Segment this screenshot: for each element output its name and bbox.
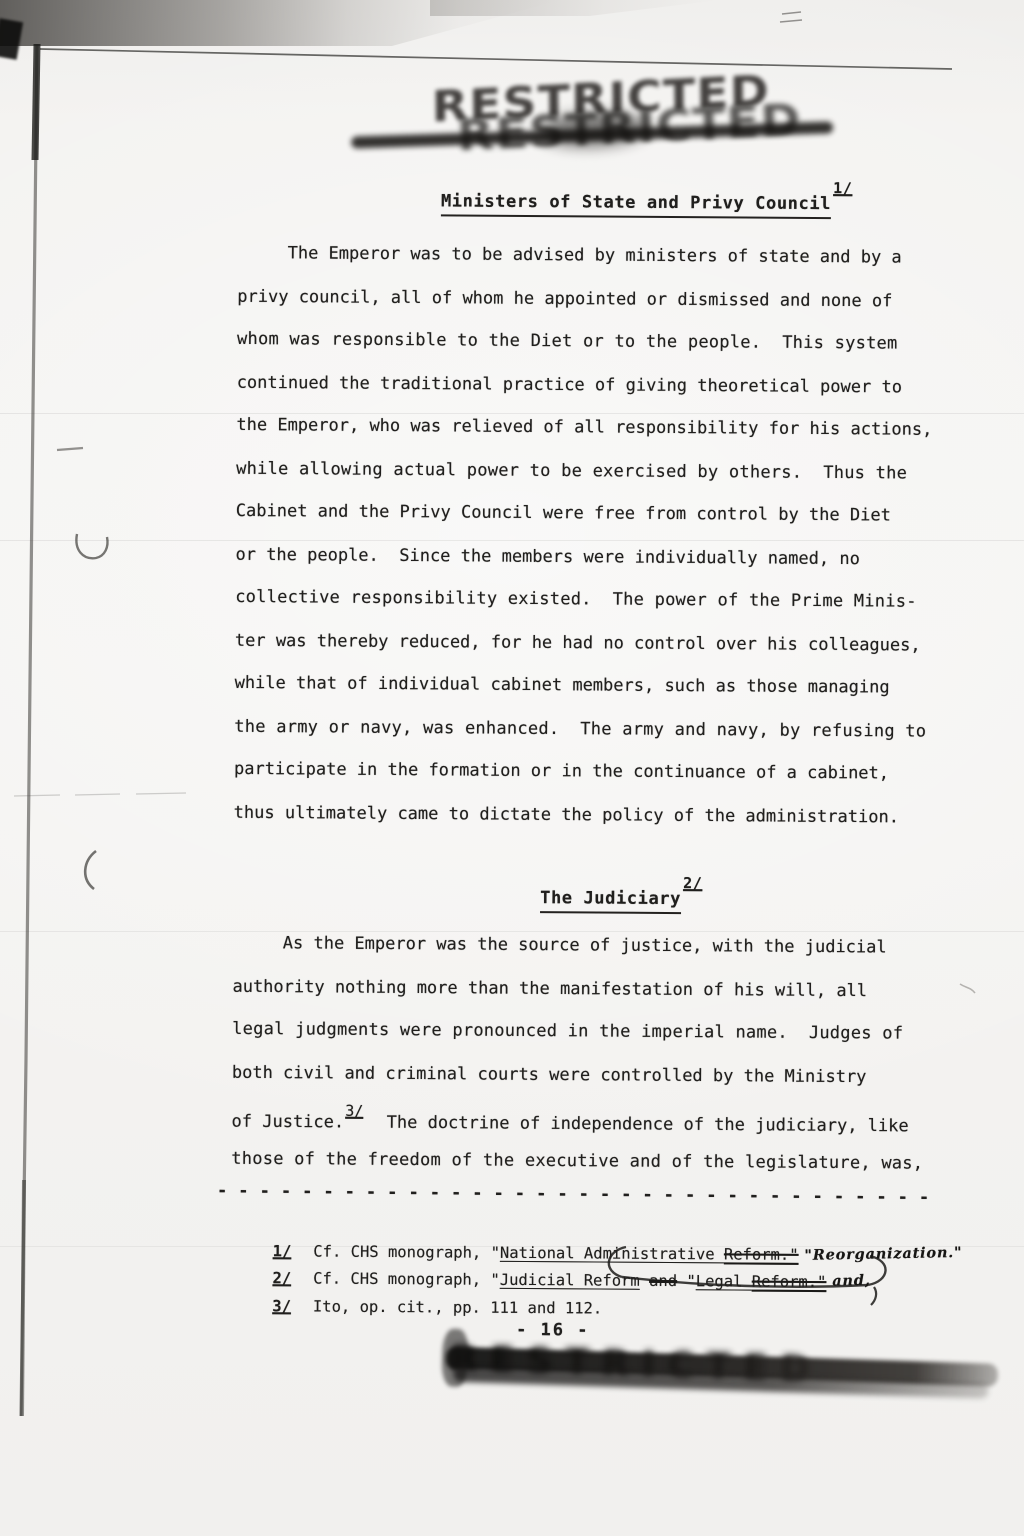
- body-line: the Emperor, who was relieved of all res…: [236, 412, 932, 460]
- body-line: of Justice.3/ The doctrine of independen…: [231, 1102, 923, 1150]
- body-line: privy council, all of whom he appointed …: [237, 284, 933, 332]
- body-line: while allowing actual power to be exerci…: [236, 456, 932, 504]
- body-line: ter was thereby reduced, for he had no c…: [235, 628, 931, 676]
- body-line: or the people. Since the members were in…: [235, 542, 931, 590]
- body-line: participate in the formation or in the c…: [234, 756, 930, 804]
- footnote-segment: Ito, op. cit., pp. 111 and 112.: [313, 1298, 602, 1318]
- body-line: collective responsibility existed. The p…: [235, 584, 931, 632]
- body-line: Cabinet and the Privy Council were free …: [236, 498, 932, 546]
- stamp-ink-nub: [441, 1328, 469, 1387]
- footnote-marker: 3/: [272, 1297, 291, 1315]
- section-heading-text: The Judiciary: [540, 888, 681, 914]
- footnote-segment: Reform.": [752, 1273, 827, 1292]
- footnote-segment: and: [649, 1272, 677, 1290]
- body-line: legal judgments were pronounced in the i…: [232, 1016, 924, 1064]
- section-heading-text: Ministers of State and Privy Council: [441, 191, 831, 219]
- body-line: whom was responsible to the Diet or to t…: [237, 326, 933, 374]
- footnote-ref-2: 2/: [683, 874, 702, 892]
- footnote-segment: ": [677, 1272, 696, 1290]
- restricted-stamp-top: RESTRICTED RESTRICTED: [426, 64, 775, 181]
- restricted-stamp-bottom: RESTRICTED: [447, 1325, 1015, 1417]
- footnote-segment: Legal: [696, 1272, 752, 1290]
- section-heading-judiciary: The Judiciary2/: [475, 868, 703, 930]
- paragraph-judiciary: As the Emperor was the source of justice…: [231, 930, 925, 1193]
- section-heading-ministers: Ministers of State and Privy Council1/: [376, 171, 853, 234]
- footnote-text: Ito, op. cit., pp. 111 and 112.: [313, 1298, 602, 1318]
- body-line: As the Emperor was the source of justice…: [233, 930, 925, 978]
- body-line: while that of individual cabinet members…: [234, 670, 930, 718]
- scanned-document-page: RESTRICTED RESTRICTED Ministers of State…: [0, 0, 1024, 1536]
- footnote-ref-1: 1/: [833, 179, 852, 197]
- body-line: authority nothing more than the manifest…: [232, 974, 924, 1022]
- footnote-segment: and,: [826, 1272, 871, 1290]
- footnote-segment: [640, 1272, 649, 1290]
- body-line: the army or navy, was enhanced. The army…: [234, 714, 930, 762]
- paragraph-ministers: The Emperor was to be advised by ministe…: [234, 240, 934, 847]
- typed-content: RESTRICTED RESTRICTED Ministers of State…: [0, 0, 1024, 1536]
- body-line: both civil and criminal courts were cont…: [232, 1060, 924, 1108]
- body-line: continued the traditional practice of gi…: [237, 370, 933, 418]
- body-line: thus ultimately came to dictate the poli…: [234, 800, 930, 848]
- body-line: The Emperor was to be advised by ministe…: [237, 240, 933, 288]
